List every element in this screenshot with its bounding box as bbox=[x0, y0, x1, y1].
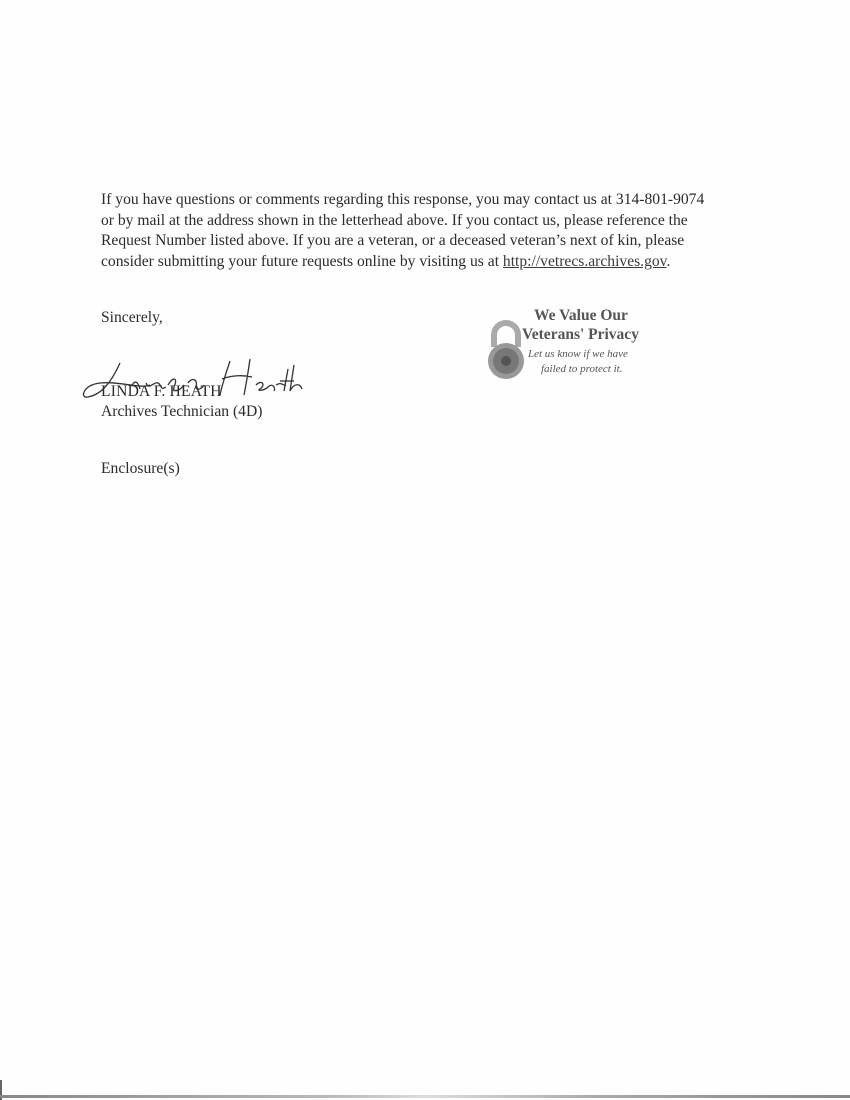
page-bottom-edge bbox=[0, 1095, 850, 1098]
badge-heading-1: We Value Our bbox=[534, 307, 628, 325]
vetrecs-link[interactable]: http://vetrecs.archives.gov bbox=[503, 253, 667, 270]
closing: Sincerely, bbox=[101, 309, 163, 327]
enclosure-note: Enclosure(s) bbox=[101, 460, 180, 478]
paragraph-line-text: consider submitting your future requests… bbox=[101, 253, 503, 270]
paragraph-line: consider submitting your future requests… bbox=[101, 252, 781, 273]
signer-name: LINDA F. HEATH bbox=[101, 383, 222, 401]
paragraph-line: or by mail at the address shown in the l… bbox=[101, 211, 781, 232]
link-suffix: . bbox=[666, 253, 670, 270]
signer-title: Archives Technician (4D) bbox=[101, 403, 262, 421]
badge-subtext-2: failed to protect it. bbox=[541, 363, 622, 375]
paragraph-line: Request Number listed above. If you are … bbox=[101, 231, 781, 252]
paragraph-line: If you have questions or comments regard… bbox=[101, 190, 781, 211]
contact-paragraph: If you have questions or comments regard… bbox=[101, 190, 781, 272]
privacy-badge: We Value Our Veterans' Privacy Let us kn… bbox=[480, 305, 670, 385]
badge-subtext-1: Let us know if we have bbox=[528, 348, 628, 360]
badge-heading-2: Veterans' Privacy bbox=[522, 326, 639, 344]
